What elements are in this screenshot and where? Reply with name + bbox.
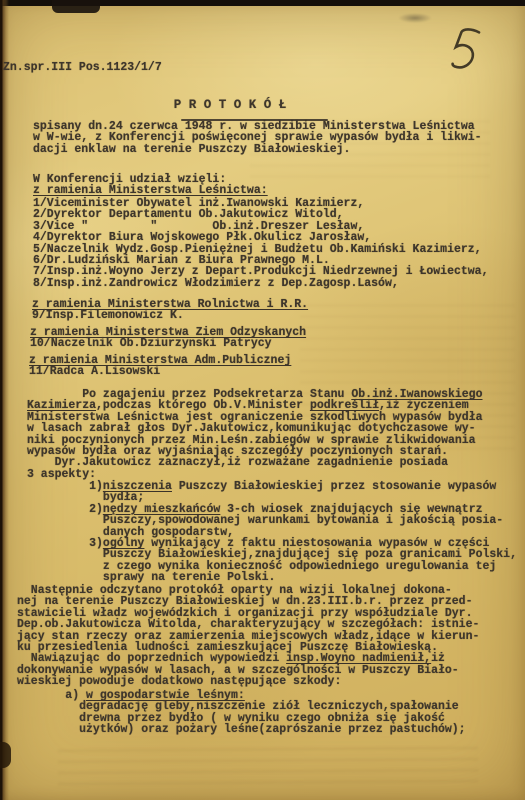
scan-edge-top-nub — [52, 0, 100, 13]
text-line: wieskiej powoduje dodatkowo następujące … — [17, 676, 479, 687]
text-line: 9/Insp.Filemonowicz K. — [32, 310, 308, 321]
block-aspects: 1)niszczenia Puszczy Białowieskiej przez… — [27, 481, 517, 584]
block-opening: Po zagajeniu przez Podsekretarza Stanu O… — [27, 389, 482, 480]
text-line: sprawy na terenie Polski. — [27, 572, 517, 583]
text-segment: użytków) oraz pożary leśne(zaprószanie p… — [17, 723, 466, 736]
block-rolnictwa: z ramienia Ministerstwa Rolnictwa i R.R.… — [32, 299, 308, 322]
scan-edge-corner — [0, 742, 11, 768]
text-segment: 3 aspekty: — [27, 468, 96, 481]
text-line: 11/Radca A.Lisowski — [29, 366, 291, 377]
handwritten-page-number — [443, 23, 486, 79]
text-segment: 9/Insp.Filemonowicz K. — [32, 309, 184, 322]
block-ziem: z ramienia Ministerstwa Ziem Odzyskanych… — [30, 327, 306, 350]
text-line: dacji enklaw na terenie Puszczy Białowie… — [33, 144, 482, 155]
text-segment: Puszczy Białowieskiej przez stosowanie w… — [172, 480, 496, 493]
block-list1: 1/Viceminister Obywatel inż.Iwanowski Ka… — [33, 198, 488, 289]
block-intro: spisany dn.24 czerwca 1948 r. w siedzibi… — [33, 121, 482, 155]
ink-bleedthrough — [58, 741, 478, 786]
reference-number: Zn.spr.III Pos.1123/1/7 — [3, 62, 162, 73]
block-damages: a) w gospodarstwie leśnym: degradację gl… — [17, 690, 466, 736]
text-line: 10/Naczelnik Ob.Dziurzynski Patrycy — [30, 338, 306, 349]
scanned-document-page: Zn.spr.III Pos.1123/1/7 P R O T O K Ó Ł … — [0, 0, 525, 800]
text-line: 8/Insp.inż.Zandrowicz Włodzimierz z Dep.… — [33, 278, 488, 289]
handwritten-digit-5 — [443, 23, 486, 79]
text-segment: dacji enklaw na terenie Puszczy Białowie… — [33, 143, 350, 156]
block-protocol: Następnie odczytano protokół oparty na w… — [17, 585, 479, 688]
document-title: P R O T O K Ó Ł — [130, 100, 330, 111]
block-adm: z ramienia Ministerstwa Adm.Publicznej11… — [29, 355, 291, 378]
text-segment: 10/Naczelnik Ob.Dziurzynski Patrycy — [30, 337, 272, 350]
text-line: 3 aspekty: — [27, 469, 482, 480]
text-segment: 8/Insp.inż.Zandrowicz Włodzimierz z Dep.… — [33, 277, 399, 290]
text-segment: wieskiej powoduje dodatkowo następujące … — [17, 675, 341, 688]
text-segment: sprawy na terenie Polski. — [27, 571, 275, 584]
text-segment: 11/Radca A.Lisowski — [29, 365, 160, 378]
block-attendees: W Konferencji udział wzięli:z ramienia M… — [33, 174, 268, 197]
text-line: użytków) oraz pożary leśne(zaprószanie p… — [17, 724, 466, 735]
scan-edge-left — [0, 0, 9, 800]
underlined-text: z ramienia Ministerstwa Leśnictwa: — [33, 184, 268, 197]
pencil-smudge — [398, 13, 432, 23]
text-line: z ramienia Ministerstwa Leśnictwa: — [33, 185, 268, 196]
